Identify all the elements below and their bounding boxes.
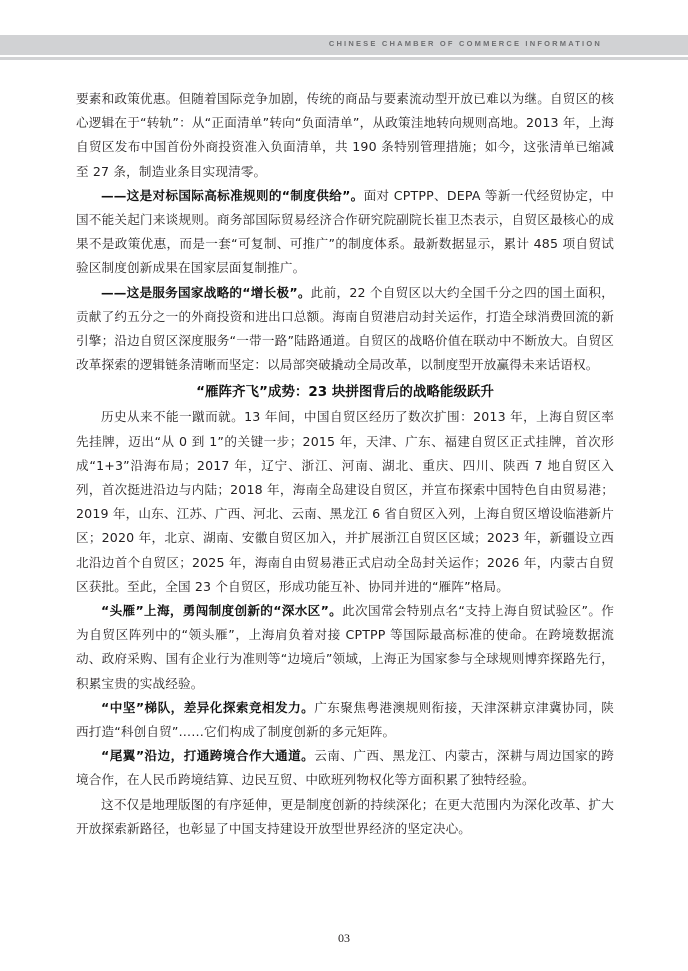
section-heading: “雁阵齐飞”成势：23 块拼图背后的战略能级跃升: [76, 379, 614, 405]
article-body: 要素和政策优惠。但随着国际竞争加剧，传统的商品与要素流动型开放已难以为继。自贸区…: [76, 87, 614, 841]
paragraph-border-tier: “尾翼”沿边，打通跨境合作大通道。云南、广西、黑龙江、内蒙古，深耕与周边国家的跨…: [76, 744, 614, 792]
paragraph-text: 历史从来不能一蹴而就。13 年间，中国自贸区经历了数次扩围：2013 年，上海自…: [76, 409, 614, 593]
paragraph-intro: 要素和政策优惠。但随着国际竞争加剧，传统的商品与要素流动型开放已难以为继。自贸区…: [76, 87, 614, 184]
paragraph-lead: ——这是服务国家战略的“增长极”。: [101, 285, 311, 300]
paragraph-history: 历史从来不能一蹴而就。13 年间，中国自贸区经历了数次扩围：2013 年，上海自…: [76, 405, 614, 599]
paragraph-lead: ——这是对标国际高标准规则的“制度供给”。: [101, 188, 364, 203]
publication-banner: CHINESE CHAMBER OF COMMERCE INFORMATION: [329, 39, 602, 48]
paragraph-text: 这不仅是地理版图的有序延伸，更是制度创新的持续深化；在更大范围内为深化改革、扩大…: [76, 797, 614, 836]
paragraph-growth-pole: ——这是服务国家战略的“增长极”。此前，22 个自贸区以大约全国千分之四的国土面…: [76, 281, 614, 378]
header-divider: [0, 57, 688, 60]
paragraph-lead-goose: “头雁”上海，勇闯制度创新的“深水区”。此次国常会特别点名“支持上海自贸试验区”…: [76, 599, 614, 696]
page-number: 03: [0, 931, 688, 946]
paragraph-lead: “中坚”梯队，差异化探索竞相发力。: [101, 700, 314, 715]
paragraph-text: 要素和政策优惠。但随着国际竞争加剧，传统的商品与要素流动型开放已难以为继。自贸区…: [76, 91, 614, 179]
paragraph-institutional-supply: ——这是对标国际高标准规则的“制度供给”。面对 CPTPP、DEPA 等新一代经…: [76, 184, 614, 281]
paragraph-lead: “尾翼”沿边，打通跨境合作大通道。: [101, 748, 314, 763]
paragraph-lead: “头雁”上海，勇闯制度创新的“深水区”。: [101, 603, 342, 618]
paragraph-middle-tier: “中坚”梯队，差异化探索竞相发力。广东聚焦粤港澳规则衔接，天津深耕京津冀协同，陕…: [76, 696, 614, 744]
paragraph-conclusion: 这不仅是地理版图的有序延伸，更是制度创新的持续深化；在更大范围内为深化改革、扩大…: [76, 793, 614, 841]
